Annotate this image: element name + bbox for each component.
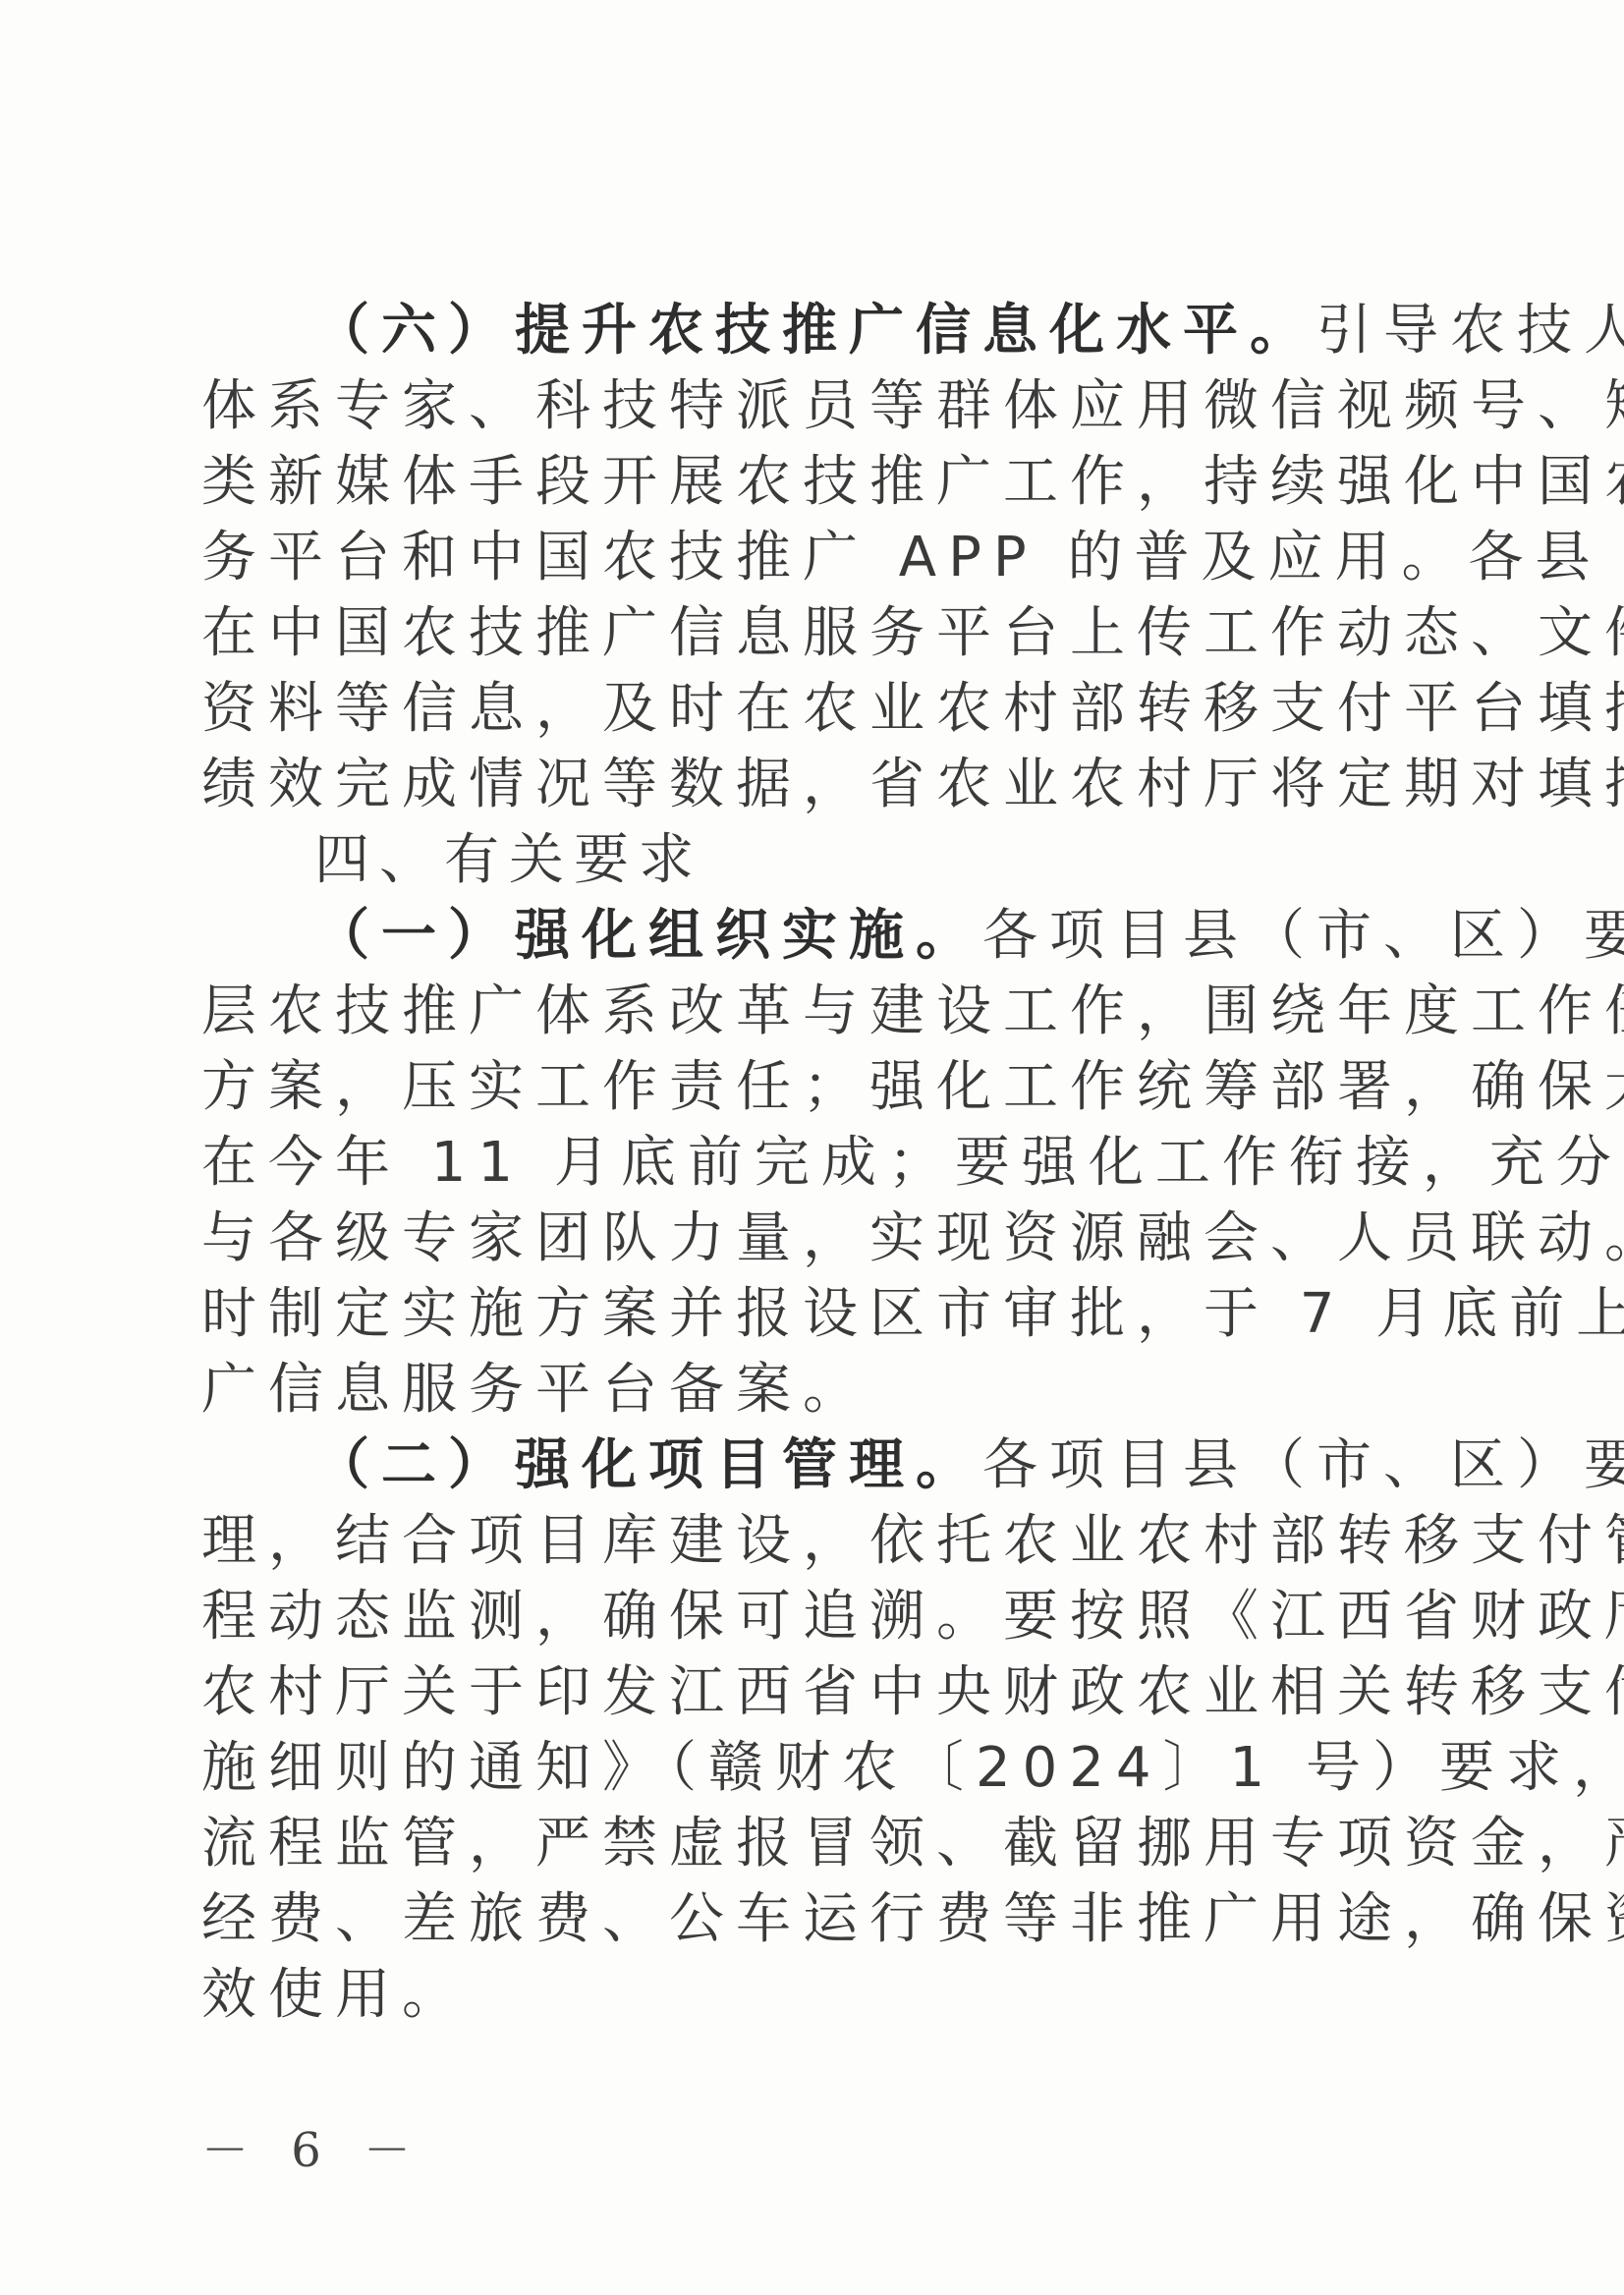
paragraph-line: 类新媒体手段开展农技推广工作，持续强化中国农技推广信息服 [201, 444, 1412, 520]
paragraph-line: （六）提升农技推广信息化水平。引导农技人员、产业技术 [314, 293, 1412, 368]
paragraph-line: 体系专家、科技特派员等群体应用微信视频号、短视频平台等各 [201, 368, 1412, 444]
paragraph-text: 各项目县（市、区）要高度重视基 [982, 904, 1624, 968]
paragraph-line: 资料等信息，及时在农业农村部转移支付平台填报项目资金使用、 [201, 671, 1412, 747]
paragraph-line: （一）强化组织实施。各项目县（市、区）要高度重视基 [314, 898, 1412, 974]
paragraph-line: 理，结合项目库建设，依托农业农村部转移支付管理平台实施全 [201, 1503, 1412, 1579]
subsection-heading-1: （一）强化组织实施。 [314, 904, 982, 968]
paragraph-line: 绩效完成情况等数据，省农业农村厅将定期对填报情况进行调度。 [201, 747, 1412, 822]
section-heading-6: （六）提升农技推广信息化水平。 [314, 299, 1316, 363]
paragraph-text: 各项目县（市、区）要规范项目管 [982, 1433, 1624, 1497]
paragraph-line: 施细则的通知》（赣财农〔2024〕1 号）要求，开展资金使用全 [201, 1730, 1412, 1806]
paragraph-line: 务平台和中国农技推广 APP 的普及应用。各县（市、区）要及时 [201, 520, 1412, 595]
page-number: － 6 － [201, 2112, 424, 2180]
paragraph-line: 农村厅关于印发江西省中央财政农业相关转移支付资金管理实 [201, 1654, 1412, 1730]
paragraph-line: 方案，压实工作责任；强化工作统筹部署，确保大部分工作任务 [201, 1049, 1412, 1125]
paragraph-line: 程动态监测，确保可追溯。要按照《江西省财政厅、江西省农业 [201, 1579, 1412, 1654]
paragraph-line: 在今年 11 月底前完成；要强化工作衔接，充分运用各类科技项目 [201, 1125, 1412, 1201]
paragraph-line: 时制定实施方案并报设区市审批，于 7 月底前上传到中国农技推 [201, 1276, 1412, 1352]
paragraph-line: 经费、差旅费、公车运行费等非推广用途，确保资金安全规范高 [201, 1881, 1412, 1957]
paragraph-line: 流程监管，严禁虚报冒领、截留挪用专项资金，严禁列支办公 [201, 1806, 1412, 1881]
paragraph-line: （二）强化项目管理。各项目县（市、区）要规范项目管 [314, 1427, 1412, 1503]
paragraph-line: 与各级专家团队力量，实现资源融会、人员联动。各项目县要及 [201, 1201, 1412, 1276]
document-page: （六）提升农技推广信息化水平。引导农技人员、产业技术 体系专家、科技特派员等群体… [0, 0, 1624, 2295]
paragraph-line: 层农技推广体系改革与建设工作，围绕年度工作任务，制定实施 [201, 974, 1412, 1049]
paragraph-line: 在中国农技推广信息服务平台上传工作动态、文件材料、项目 [201, 595, 1412, 671]
paragraph-text: 引导农技人员、产业技术 [1316, 299, 1624, 363]
subsection-heading-2: （二）强化项目管理。 [314, 1433, 982, 1497]
section-heading-4: 四、有关要求 [314, 822, 1412, 898]
paragraph-line: 广信息服务平台备案。 [201, 1352, 1412, 1427]
paragraph-line: 效使用。 [201, 1957, 1412, 2033]
